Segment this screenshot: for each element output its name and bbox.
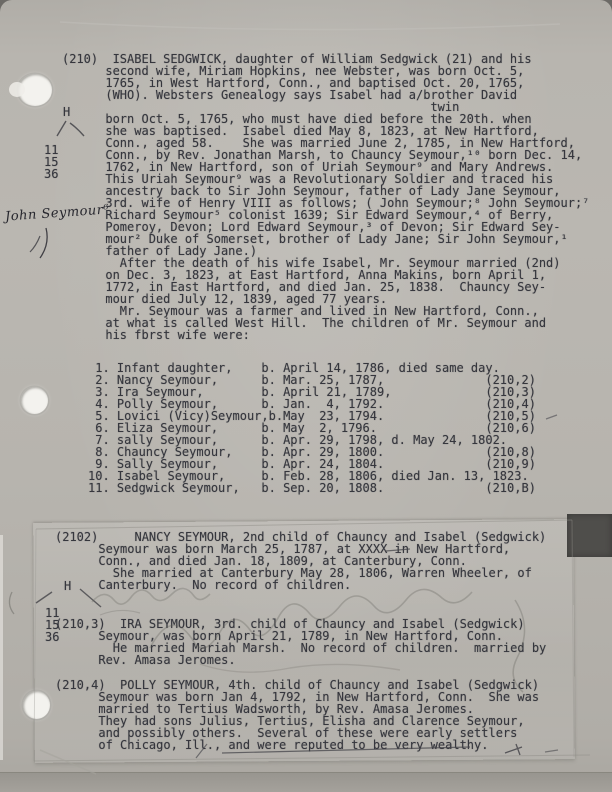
scanned-genealogy-page: H 111536 H 111536 John Seymour⁶ (210) IS… — [0, 0, 612, 792]
pen-marks-and-paper-creases — [0, 0, 612, 792]
